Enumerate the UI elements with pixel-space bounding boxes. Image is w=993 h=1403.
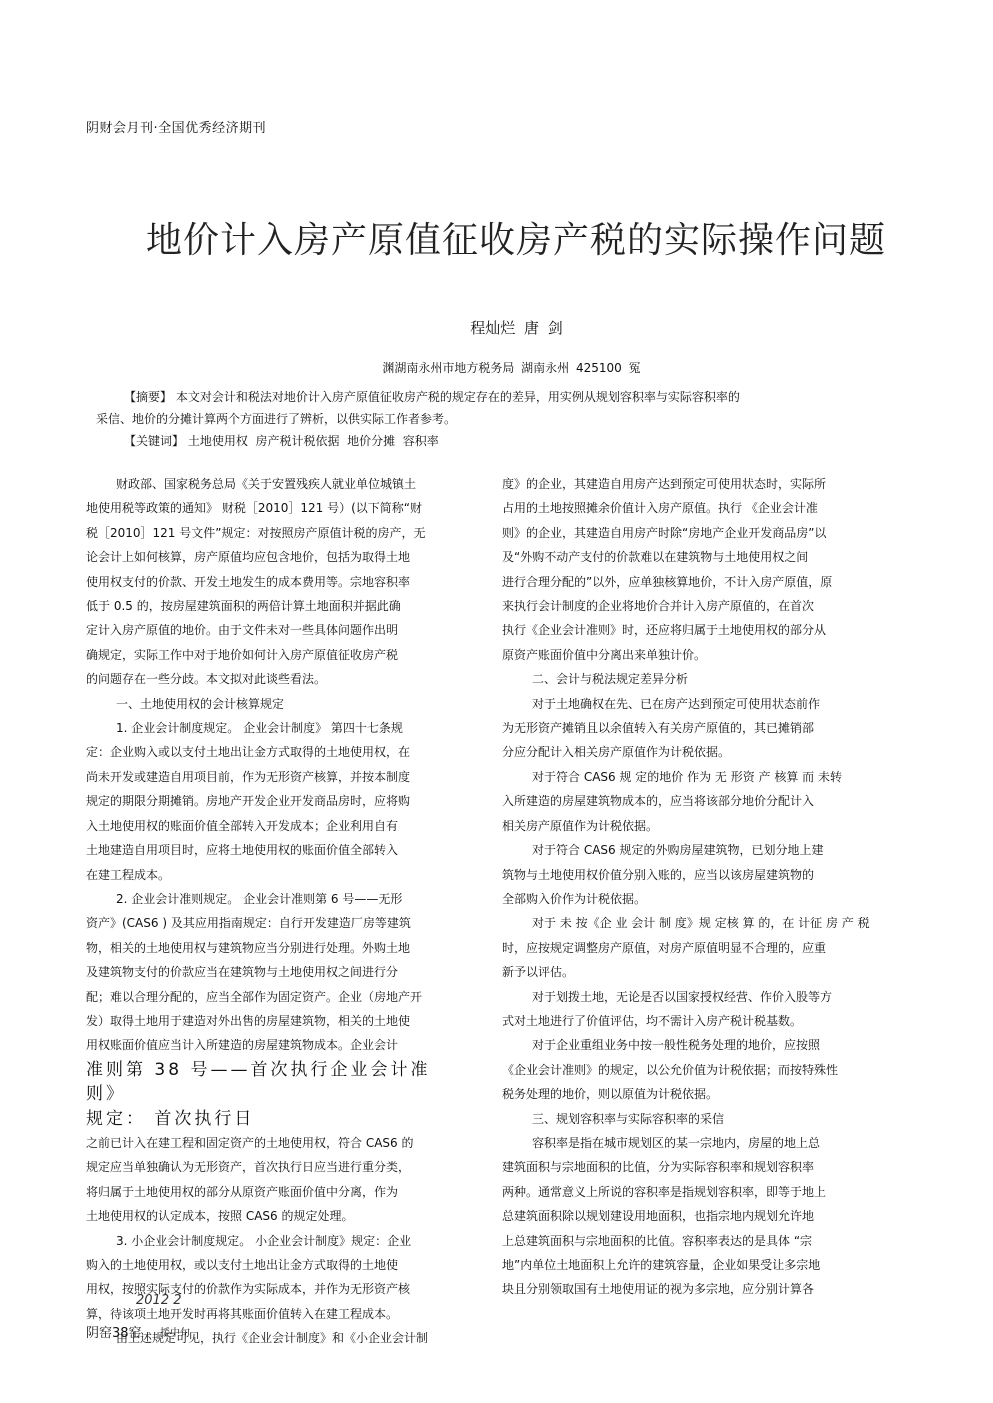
- text-line: 资产》(CAS6 ) 及其应用指南规定：自行开发建造厂房等建筑: [86, 911, 458, 935]
- text-line: 原资产账面价值中分离出来单独计价。: [502, 643, 942, 667]
- text-line: 来执行会计制度的企业将地价合并计入房产原值的，在首次: [502, 594, 942, 618]
- text-line: 《企业会计准则》的规定，以公允价值为计税依据；而按特殊性: [502, 1058, 942, 1082]
- text-line: 规定： 首次执行日: [86, 1107, 458, 1131]
- text-line: 定：企业购入或以支付土地出让金方式取得的土地使用权，在: [86, 740, 458, 764]
- text-line: 地使用税等政策的通知》 财税［2010］121 号）(以下简称“财: [86, 496, 458, 520]
- text-line: 及建筑物支付的价款应当在建筑物与土地使用权之间进行分: [86, 960, 458, 984]
- text-line: 在建工程成本。: [86, 863, 458, 887]
- text-line: 规定的期限分期摊销。房地产开发企业开发商品房时，应将购: [86, 789, 458, 813]
- text-line: 之前已计入在建工程和固定资产的土地使用权，符合 CAS6 的: [86, 1131, 458, 1155]
- text-line: 论会计上如何核算，房产原值均应包含地价，包括为取得土地: [86, 545, 458, 569]
- text-line: 分应分配计入相关房产原值作为计税依据。: [502, 740, 942, 764]
- text-line: 尚未开发或建造自用项目前，作为无形资产核算，并按本制度: [86, 765, 458, 789]
- article-title: 地价计入房产原值征收房产税的实际操作问题: [146, 212, 886, 263]
- keywords-text: 土地使用权 房产税计税依据 地价分摊 容积率: [188, 434, 439, 448]
- text-line: 财政部、国家税务总局《关于安置残疾人就业单位城镇土: [86, 472, 458, 496]
- text-line: 对于符合 CAS6 规定的外购房屋建筑物，已划分地上建: [502, 838, 942, 862]
- text-line: 物，相关的土地使用权与建筑物应当分别进行处理。外购土地: [86, 936, 458, 960]
- text-line: 定计入房产原值的地价。由于文件未对一些具体问题作出明: [86, 618, 458, 642]
- text-line: 对于企业重组业务中按一般性税务处理的地价，应按照: [502, 1033, 942, 1057]
- text-line: 时，应按规定调整房产原值，对房产原值明显不合理的，应重: [502, 936, 942, 960]
- text-line: 则》的企业，其建造自用房产时除“房地产企业开发商品房”以: [502, 521, 942, 545]
- text-line: 1. 企业会计制度规定。 企业会计制度》 第四十七条规: [86, 716, 458, 740]
- text-line: 对于符合 CAS6 规 定的地价 作为 无 形资 产 核算 而 未转: [502, 765, 942, 789]
- abstract-paragraph: 【摘要】 本文对会计和税法对地价计入房产原值征收房产税的规定存在的差异，用实例从…: [96, 386, 816, 408]
- text-line: 两种。通常意义上所说的容积率是指规划容积率，即等于地上: [502, 1180, 942, 1204]
- text-line: 建筑面积与宗地面积的比值，分为实际容积率和规划容积率: [502, 1155, 942, 1179]
- text-line: 上总建筑面积与宗地面积的比值。容积率表达的是具体 “宗: [502, 1229, 942, 1253]
- text-line: 三、规划容积率与实际容积率的采信: [502, 1107, 942, 1131]
- footer-year: 2012 2: [136, 1293, 182, 1308]
- text-line: 新予以评估。: [502, 960, 942, 984]
- text-line: 使用权支付的价款、开发土地发生的成本费用等。宗地容积率: [86, 570, 458, 594]
- text-line: 对于划拨土地，无论是否以国家授权经营、作价入股等方: [502, 985, 942, 1009]
- text-line: 低于 0.5 的，按房屋建筑面积的两倍计算土地面积并据此确: [86, 594, 458, 618]
- text-line: 购入的土地使用权，或以支付土地出让金方式取得的土地使: [86, 1253, 458, 1277]
- text-line: 发）取得土地用于建造对外出售的房屋建筑物，相关的土地使: [86, 1009, 458, 1033]
- text-line: 容积率是指在城市规划区的某一宗地内，房屋的地上总: [502, 1131, 942, 1155]
- abstract-label: 【摘要】: [124, 390, 172, 404]
- text-line: 税务处理的地价，则以原值为计税依据。: [502, 1082, 942, 1106]
- text-line: 准则第 38 号——首次执行企业会计准则》: [86, 1058, 458, 1107]
- keywords-paragraph: 【关键词】 土地使用权 房产税计税依据 地价分摊 容积率: [96, 430, 816, 452]
- keywords-label: 【关键词】: [124, 434, 184, 448]
- article-authors: 程灿烂 唐 剑: [0, 317, 993, 338]
- text-line: 3. 小企业会计制度规定。 小企业会计制度》规定：企业: [86, 1229, 458, 1253]
- author-affiliation: 渊湖南永州市地方税务局 湖南永州 425100 冤: [0, 359, 993, 376]
- text-line: 式对土地进行了价值评估，均不需计入房产税计税基数。: [502, 1009, 942, 1033]
- text-line: 总建筑面积除以规划建设用地面积，也指宗地内规划允许地: [502, 1204, 942, 1228]
- text-line: 2. 企业会计准则规定。 企业会计准则第 6 号——无形: [86, 887, 458, 911]
- footer-page-number: 阴窑38窑: [86, 1322, 142, 1341]
- text-line: 土地使用权的认定成本，按照 CAS6 的规定处理。: [86, 1204, 458, 1228]
- abstract-text-1: 本文对会计和税法对地价计入房产原值征收房产税的规定存在的差异，用实例从规划容积率…: [176, 390, 740, 404]
- text-line: 相关房产原值作为计税依据。: [502, 814, 942, 838]
- text-line: 度》的企业，其建造自用房产达到预定可使用状态时，实际所: [502, 472, 942, 496]
- text-line: 入土地使用权的账面价值全部转入开发成本；企业利用自有: [86, 814, 458, 838]
- text-line: 规定应当单独确认为无形资产，首次执行日应当进行重分类，: [86, 1155, 458, 1179]
- text-line: 执行《企业会计准则》时，还应将归属于土地使用权的部分从: [502, 618, 942, 642]
- text-line: 入所建造的房屋建筑物成本的，应当将该部分地价分配计入: [502, 789, 942, 813]
- text-line: 对于 未 按《企 业 会计 制 度》规 定核 算 的，在 计征 房 产 税: [502, 911, 942, 935]
- text-line: 确规定，实际工作中对于地价如何计入房产原值征收房产税: [86, 643, 458, 667]
- text-line: 进行合理分配的”以外，应单独核算地价，不计入房产原值，原: [502, 570, 942, 594]
- text-line: 的问题存在一些分歧。本文拟对此谈些看法。: [86, 667, 458, 691]
- text-line: 一、土地使用权的会计核算规定: [86, 692, 458, 716]
- footer-issue: 援中旬: [160, 1324, 190, 1339]
- right-column: 度》的企业，其建造自用房产达到预定可使用状态时，实际所占用的土地按照摊余价值计入…: [502, 472, 942, 1302]
- text-line: 全部购入价作为计税依据。: [502, 887, 942, 911]
- text-line: 用权账面价值应当计入所建造的房屋建筑物成本。企业会计: [86, 1033, 458, 1057]
- text-line: 及“外购不动产支付的价款难以在建筑物与土地使用权之间: [502, 545, 942, 569]
- text-line: 土地建造自用项目时，应将土地使用权的账面价值全部转入: [86, 838, 458, 862]
- text-line: 占用的土地按照摊余价值计入房产原值。执行 《企业会计准: [502, 496, 942, 520]
- left-column: 财政部、国家税务总局《关于安置残疾人就业单位城镇土地使用税等政策的通知》 财税［…: [86, 472, 458, 1351]
- text-line: 为无形资产摊销且以余值转入有关房产原值的，其已摊销部: [502, 716, 942, 740]
- text-line: 块且分别领取国有土地使用证的视为多宗地，应分别计算各: [502, 1277, 942, 1301]
- journal-header: 阴财会月刊·全国优秀经济期刊: [86, 117, 266, 136]
- text-line: 对于土地确权在先、已在房产达到预定可使用状态前作: [502, 692, 942, 716]
- abstract-text-2: 采信、地价的分摊计算两个方面进行了辨析，以供实际工作者参考。: [96, 408, 816, 430]
- text-line: 配；难以合理分配的，应当全部作为固定资产。企业（房地产开: [86, 985, 458, 1009]
- text-line: 地”内单位土地面积上允许的建筑容量，企业如果受让多宗地: [502, 1253, 942, 1277]
- text-line: 二、会计与税法规定差异分析: [502, 667, 942, 691]
- text-line: 筑物与土地使用权价值分别入账的，应当以该房屋建筑物的: [502, 863, 942, 887]
- text-line: 税［2010］121 号文件”规定：对按照房产原值计税的房产，无: [86, 521, 458, 545]
- abstract-section: 【摘要】 本文对会计和税法对地价计入房产原值征收房产税的规定存在的差异，用实例从…: [96, 386, 816, 452]
- text-line: 将归属于土地使用权的部分从原资产账面价值中分离，作为: [86, 1180, 458, 1204]
